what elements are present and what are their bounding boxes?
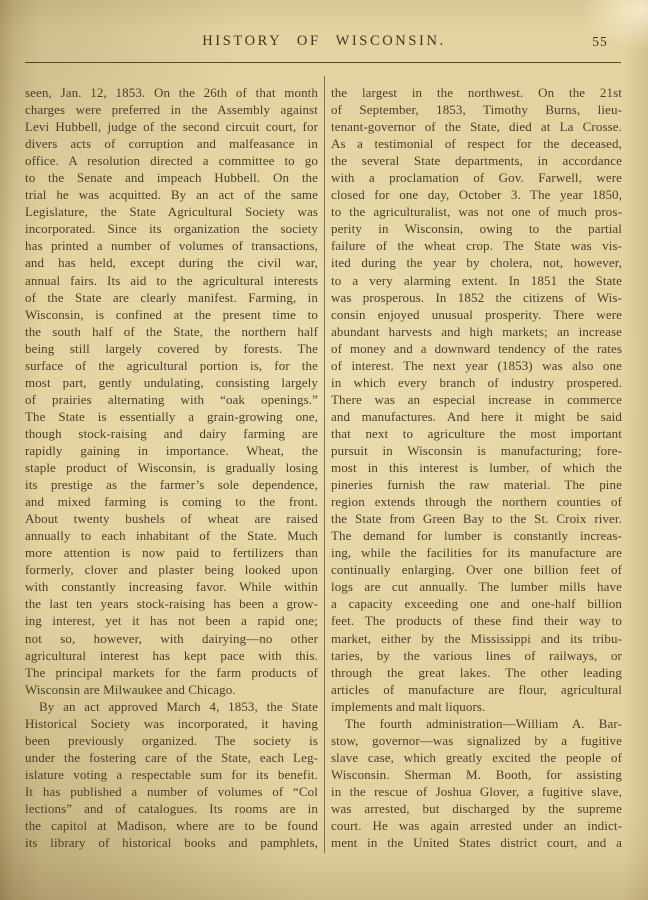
text-line: perity in Wisconsin, owing to the partia… — [331, 220, 622, 237]
text-line: ing, while the facilities for its manufa… — [331, 544, 622, 561]
text-line: pursuit in Wisconsin is manufacturing; f… — [331, 442, 622, 459]
text-line: the several State departments, in accord… — [331, 152, 622, 169]
book-page: HISTORY OF WISCONSIN. 55 seen, Jan. 12, … — [0, 0, 648, 900]
text-line: lections” and of catalogues. Its rooms a… — [25, 800, 318, 817]
text-line: articles of manufacture are flour, agric… — [331, 681, 622, 698]
text-line: and mixed farming is coming to the front… — [25, 493, 318, 510]
text-line: of September, 1853, Timothy Burns, lieu- — [331, 101, 622, 118]
text-line: taries, by the various lines of railways… — [331, 647, 622, 664]
column-divider — [324, 76, 325, 853]
text-line: a capacity exceeding one and one-half bi… — [331, 595, 622, 612]
text-line: to the agriculturalist, was not one of m… — [331, 203, 622, 220]
text-line: By an act approved March 4, 1853, the St… — [25, 698, 318, 715]
text-line: its prestige as the farmer’s sole depend… — [25, 476, 318, 493]
text-line: There was an especial increase in commer… — [331, 391, 622, 408]
text-line: and has held, except during the civil wa… — [25, 254, 318, 271]
text-line: of prairies alternating with “oak openin… — [25, 391, 318, 408]
text-line: Historical Society was incorporated, it … — [25, 715, 318, 732]
text-line: through the great lakes. The other leadi… — [331, 664, 622, 681]
text-line: surface of the agricultural portion is, … — [25, 357, 318, 374]
text-line: tenant-governor of the State, died at La… — [331, 118, 622, 135]
text-line: failure of the wheat crop. The State was… — [331, 237, 622, 254]
page-title: HISTORY OF WISCONSIN. — [0, 33, 648, 50]
text-line: Wisconsin. Sherman M. Booth, for assisti… — [331, 766, 622, 783]
text-line: the last ten years stock-raising has bee… — [25, 595, 318, 612]
text-line: As a testimonial of respect for the dece… — [331, 135, 622, 152]
text-line: pineries furnish the raw material. The p… — [331, 476, 622, 493]
text-line: of the State are clearly manifest. Farmi… — [25, 289, 318, 306]
text-line: trial he was acquitted. By an act of the… — [25, 186, 318, 203]
text-line: annually to each inhabitant of the State… — [25, 527, 318, 544]
text-line: seen, Jan. 12, 1853. On the 26th of that… — [25, 84, 318, 101]
text-line: Levi Hubbell, judge of the second circui… — [25, 118, 318, 135]
text-line: not so, however, with dairying—no other — [25, 630, 318, 647]
text-line: was arrested, but discharged by the supr… — [331, 800, 622, 817]
text-line: in which every branch of industry prospe… — [331, 374, 622, 391]
text-line: most in this interest is lumber, of whic… — [331, 459, 622, 476]
text-line: continually enlarging. Over one billion … — [331, 561, 622, 578]
text-line: most part, gently undulating, consisting… — [25, 374, 318, 391]
text-line: though stock-raising and dairy farming a… — [25, 425, 318, 442]
text-line: rapidly gaining in importance. Wheat, th… — [25, 442, 318, 459]
text-line: abundant harvests and high markets; an i… — [331, 323, 622, 340]
text-line: and manufactures. And here it might be s… — [331, 408, 622, 425]
text-line: being still largely covered by forests. … — [25, 340, 318, 357]
text-line: has printed a number of volumes of trans… — [25, 237, 318, 254]
header-rule — [25, 62, 621, 63]
text-line: stow, governor—was signalized by a fugit… — [331, 732, 622, 749]
text-line: divers acts of corruption and malfeasanc… — [25, 135, 318, 152]
text-line: Legislature, the State Agricultural Soci… — [25, 203, 318, 220]
text-line: implements and malt liquors. — [331, 698, 622, 715]
text-line: that next to agriculture the most import… — [331, 425, 622, 442]
text-line: staple product of Wisconsin, is graduall… — [25, 459, 318, 476]
text-line: Wisconsin are Milwaukee and Chicago. — [25, 681, 318, 698]
text-line: to the Senate and impeach Hubbell. On th… — [25, 169, 318, 186]
text-line: The State is essentially a grain-growing… — [25, 408, 318, 425]
text-line: Wisconsin, is confined at the present ti… — [25, 306, 318, 323]
text-line: incorporated. Since its organization the… — [25, 220, 318, 237]
text-line: court. He was again arrested under an in… — [331, 817, 622, 834]
text-line: market, either by the Mississippi and it… — [331, 630, 622, 647]
text-line: was prosperous. In 1852 the citizens of … — [331, 289, 622, 306]
text-line: of money and a downward tendency of the … — [331, 340, 622, 357]
left-column: seen, Jan. 12, 1853. On the 26th of that… — [25, 84, 318, 851]
text-line: The demand for lumber is constantly incr… — [331, 527, 622, 544]
text-line: feet. The products of these find their w… — [331, 612, 622, 629]
text-line: logs are cut annually. The lumber mills … — [331, 578, 622, 595]
text-line: About twenty bushels of wheat are raised — [25, 510, 318, 527]
text-line: been previously organized. The society i… — [25, 732, 318, 749]
text-line: more attention is now paid to fertilizer… — [25, 544, 318, 561]
text-line: agricultural interest has kept pace with… — [25, 647, 318, 664]
text-line: The principal markets for the farm produ… — [25, 664, 318, 681]
text-line: formerly, clover and plaster being looke… — [25, 561, 318, 578]
text-line: region extends through the northern coun… — [331, 493, 622, 510]
text-line: charges were preferred in the Assembly a… — [25, 101, 318, 118]
text-line: the largest in the northwest. On the 21s… — [331, 84, 622, 101]
text-line: The fourth administration—William A. Bar… — [331, 715, 622, 732]
text-line: with a proclamation of Gov. Farwell, wer… — [331, 169, 622, 186]
text-line: under the fostering care of the State, e… — [25, 749, 318, 766]
text-line: consin enjoyed unusual prosperity. There… — [331, 306, 622, 323]
text-line: ing interest, yet it has not been a rapi… — [25, 612, 318, 629]
text-line: with constantly increasing favor. While … — [25, 578, 318, 595]
text-line: to a very alarming extent. In 1851 the S… — [331, 272, 622, 289]
text-line: ited during the year by cholera, not, ho… — [331, 254, 622, 271]
text-line: the capitol at Madison, where are to be … — [25, 817, 318, 834]
text-line: ment in the United States district court… — [331, 834, 622, 851]
text-line: It has published a number of volumes of … — [25, 783, 318, 800]
text-line: the south half of the State, the norther… — [25, 323, 318, 340]
text-line: closed for one day, October 3. The year … — [331, 186, 622, 203]
text-line: office. A resolution directed a committe… — [25, 152, 318, 169]
text-line: annual fairs. Its aid to the agricultura… — [25, 272, 318, 289]
text-line: the State from Green Bay to the St. Croi… — [331, 510, 622, 527]
text-line: its library of historical books and pamp… — [25, 834, 318, 851]
text-line: slave case, which greatly excited the pe… — [331, 749, 622, 766]
text-line: in the rescue of Joshua Glover, a fugiti… — [331, 783, 622, 800]
text-line: of interest. The next year (1853) was al… — [331, 357, 622, 374]
text-line: islature voting a respectable sum for it… — [25, 766, 318, 783]
right-column: the largest in the northwest. On the 21s… — [331, 84, 622, 851]
page-number: 55 — [580, 34, 620, 50]
